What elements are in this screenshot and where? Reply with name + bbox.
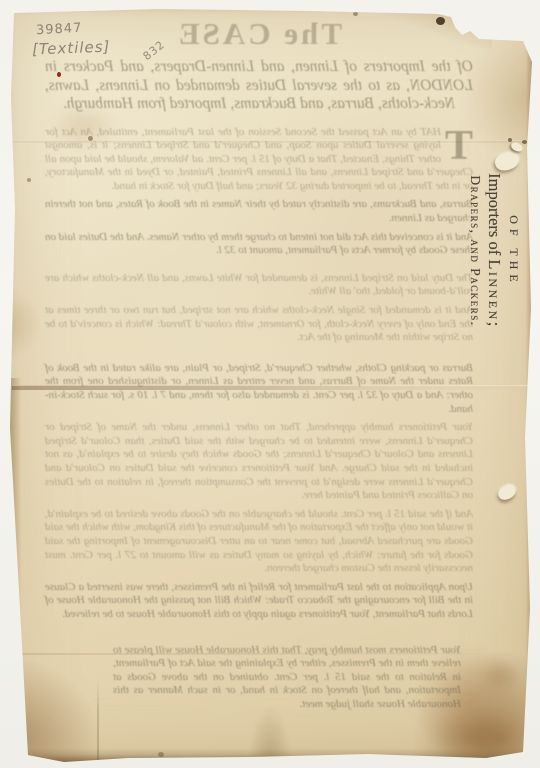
stain-right <box>478 658 522 692</box>
ghost-paragraph: HAT by an Act passed the Second Session … <box>45 126 473 192</box>
ink-speck <box>27 178 31 182</box>
pinch-shadow-dot <box>508 138 512 142</box>
docket-line-importers: Importers of Linnen; <box>484 166 504 336</box>
paper-edge-left <box>8 378 24 762</box>
paper-edge-bottom <box>8 748 532 762</box>
ghost-paragraph: The Duty laid on Striped Linnens, is dem… <box>45 272 473 299</box>
ghost-prayer: Your Petitioners most humbly pray, That … <box>113 644 461 712</box>
docket-importers-prefix: Importers of <box>485 173 504 259</box>
docket-line-of-the: OF THE <box>506 166 521 336</box>
showthrough-text-mirrored: The CASE Of the Importers of Linnen, and… <box>45 14 473 711</box>
ghost-paragraph: And it is demanded for Single Neck-cloth… <box>45 304 473 345</box>
document-scan: The CASE Of the Importers of Linnen, and… <box>0 0 540 768</box>
paper-sheet: The CASE Of the Importers of Linnen, and… <box>8 8 532 762</box>
ghost-paragraph: And if the said 15 l. per Cent. should b… <box>45 508 473 576</box>
ghost-subtitle: Of the Importers of Linnen, and Linnen-D… <box>45 58 473 114</box>
ghost-body: THAT by an Act passed the Second Session… <box>45 126 473 712</box>
ghost-drop-cap: T <box>441 126 473 164</box>
pinch-shadow-dot <box>522 140 527 144</box>
ink-speck <box>158 752 164 757</box>
pencil-textiles-label: [Textiles] <box>32 38 111 59</box>
red-ink-dot <box>57 72 61 77</box>
ghost-paragraph: Burras, and Buckrams, are distinctly rat… <box>45 198 473 225</box>
ghost-paragraph: And it is conceived this Act did not int… <box>45 231 473 258</box>
ghost-paragraph: Upon Application to the last Parliament … <box>45 581 473 622</box>
ghost-paragraph: Burras or packing Cloths, whether Cheque… <box>45 362 473 416</box>
docket-line-drapers-packers: Drapers, and Packers. <box>467 166 483 336</box>
ghost-paragraph: Your Petitioners humbly apprehend, That … <box>45 421 473 503</box>
docket-title: OF THE Importers of Linnen; Drapers, and… <box>459 166 521 336</box>
paper-edge-right <box>524 38 532 762</box>
paper-pinch-mark <box>496 482 518 502</box>
docket-linnen-word: Linnen; <box>485 259 504 329</box>
pencil-catalog-number: 39847 <box>36 21 83 38</box>
stain-bottom-right <box>428 708 528 768</box>
